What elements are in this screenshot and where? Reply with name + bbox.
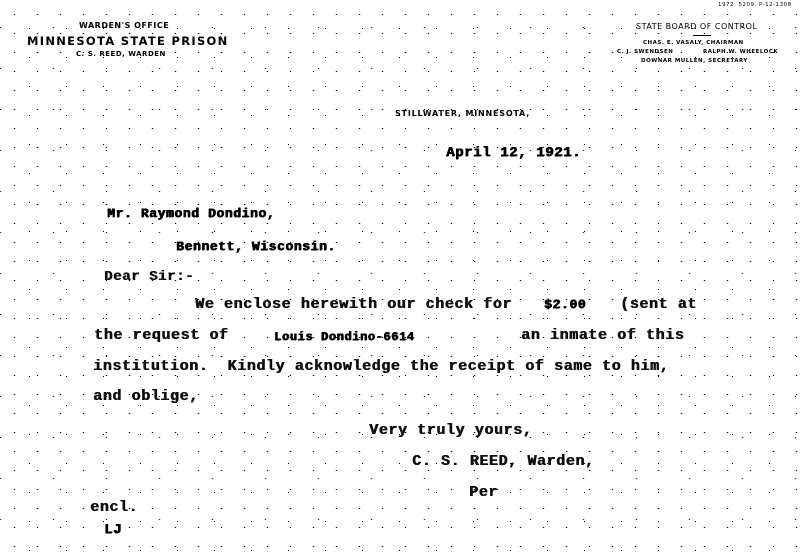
letterhead-secretary: DOWNAR MULLEN, SECRETARY [641,59,748,65]
place-line: STILLWATER, MINNESOTA, [395,110,530,118]
complimentary-close: Very truly yours, [369,423,532,438]
body-line-1-suffix: (sent at [620,297,697,312]
typist-initials: LJ [104,523,122,537]
per-line: Per [469,485,498,500]
letterhead-member-2: RALPH W. WHEELOCK [703,50,778,56]
body-line-4: and oblige, [93,389,199,404]
body-line-1-prefix: We enclose herewith our check for [195,297,512,312]
letterhead-office: WARDEN'S OFFICE [79,22,169,30]
form-number: 1972. 5209. P-12-1308 [718,3,792,9]
letterhead-warden: C. S. REED, WARDEN [76,51,166,58]
recipient-address: Bennett, Wisconsin. [176,240,336,253]
body-line-2-suffix: an inmate of this [521,328,684,343]
letterhead-institution: MINNESOTA STATE PRISON [27,36,229,48]
scanned-letter-page: WARDEN'S OFFICE MINNESOTA STATE PRISON C… [0,0,800,554]
recipient-name: Mr. Raymond Dondino, [107,207,275,220]
check-amount: $2.00 [544,298,586,311]
letterhead-board: STATE BOARD OF CONTROL [636,23,757,31]
letter-date: April 12, 1921. [446,146,581,160]
letterhead-member-1: C. J. SWENDSEN [617,50,673,56]
letterhead-divider [693,35,711,36]
signatory: C. S. REED, Warden, [412,454,594,469]
enclosure-note: encl. [90,500,138,515]
body-line-3: institution. Kindly acknowledge the rece… [93,359,669,374]
body-line-2-prefix: the request of [94,328,228,343]
letterhead-chairman: CHAS. E. VASALY, CHAIRMAN [643,41,744,47]
inmate-name: Louis Dondino-6614 [274,331,414,343]
salutation: Dear Sir:- [104,270,194,284]
